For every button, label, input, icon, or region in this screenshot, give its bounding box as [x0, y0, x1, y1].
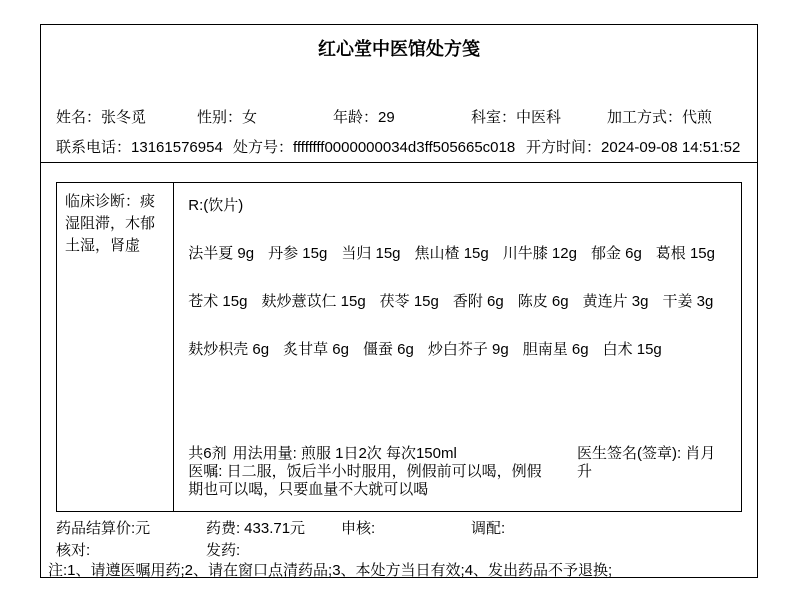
patient-name-label: 姓名： [56, 109, 101, 126]
contact-info-row: 联系电话：13161576954 处方号：ffffffff0000000034d… [41, 139, 757, 157]
footer-note: 注:1、请遵医嘱用药;2、请在窗口点清药品;3、本处方当日有效;4、发出药品不予… [41, 562, 757, 578]
check-row: 核对: 发药: [41, 542, 757, 559]
patient-department-label: 科室： [471, 109, 516, 126]
fee-field: 药费:433.71元 [206, 520, 341, 537]
drug-item: 麸炒薏苡仁 15g [261, 293, 365, 310]
patient-department-field: 科室：中医科 [471, 109, 607, 127]
doctor-instructions: 医嘱: 日二服，饭后半小时服用，例假前可以喝，例假期也可以喝，只要血量不大就可以… [188, 463, 554, 499]
drug-item: 丹参 15g [268, 245, 327, 262]
rx-number-label: 处方号： [233, 139, 293, 156]
processing-method-label: 加工方式： [607, 109, 682, 126]
drug-item: 僵蚕 6g [363, 341, 414, 358]
drug-line-3: 麸炒枳壳 6g炙甘草 6g僵蚕 6g炒白芥子 9g胆南星 6g白术 15g [188, 341, 729, 359]
usage-block: 共6剂用法用量: 煎服 1日2次 每次150ml 医嘱: 日二服，饭后半小时服用… [188, 445, 554, 499]
drug-item: 苍术 15g [188, 293, 247, 310]
drug-item: 麸炒枳壳 6g [188, 341, 269, 358]
issue-time-label: 开方时间： [526, 139, 601, 156]
prescription-sheet: 红心堂中医馆处方笺 姓名：张冬觅 性别：女 年龄：29 科室：中医科 加工方式：… [40, 24, 758, 578]
prescription-box: 临床诊断：痰湿阻滞，木郁土湿，肾虚 R:(饮片) 法半夏 9g丹参 15g当归 … [56, 182, 742, 512]
issue-time-field: 开方时间：2024-09-08 14:51:52 [526, 139, 740, 157]
usage-text: 用法用量: 煎服 1日2次 每次150ml [233, 445, 457, 462]
drug-item: 干姜 3g [662, 293, 713, 310]
processing-method-value: 代煎 [682, 109, 712, 126]
drug-item: 川牛膝 12g [503, 245, 577, 262]
drug-line-1: 法半夏 9g丹参 15g当归 15g焦山楂 15g川牛膝 12g郁金 6g葛根 … [188, 245, 729, 263]
drug-item: 郁金 6g [591, 245, 642, 262]
header-divider [41, 162, 757, 163]
prepare-field: 调配: [471, 520, 505, 537]
patient-age-value: 29 [378, 109, 395, 126]
rx-number-value: ffffffff0000000034d3ff505665c018 [293, 139, 515, 156]
phone-field: 联系电话：13161576954 [56, 139, 233, 157]
patient-age-field: 年龄：29 [333, 109, 471, 127]
check-field: 核对: [56, 542, 206, 559]
prescription-bottom-row: 共6剂用法用量: 煎服 1日2次 每次150ml 医嘱: 日二服，饭后半小时服用… [188, 445, 729, 499]
drug-item: 白术 15g [603, 341, 662, 358]
patient-name-value: 张冬觅 [101, 109, 146, 126]
drug-item: 胆南星 6g [523, 341, 589, 358]
fee-value: 433.71元 [244, 520, 305, 537]
drug-item: 当归 15g [341, 245, 400, 262]
drug-item: 葛根 15g [656, 245, 715, 262]
dose-count: 共6剂 [188, 445, 226, 462]
drug-item: 黄连片 3g [583, 293, 649, 310]
patient-department-value: 中医科 [516, 109, 561, 126]
patient-gender-value: 女 [242, 109, 257, 126]
settle-price-field: 药品结算价:元 [56, 520, 206, 537]
rx-number-field: 处方号：ffffffff0000000034d3ff505665c018 [233, 139, 526, 157]
sheet-title: 红心堂中医馆处方笺 [41, 39, 757, 59]
drug-item: 香附 6g [453, 293, 504, 310]
fee-label: 药费: [206, 520, 240, 537]
drug-item: 陈皮 6g [518, 293, 569, 310]
diagnosis-label: 临床诊断： [65, 193, 140, 210]
patient-name-field: 姓名：张冬觅 [56, 109, 197, 127]
patient-info-row: 姓名：张冬觅 性别：女 年龄：29 科室：中医科 加工方式：代煎 [41, 109, 757, 127]
drug-item: 焦山楂 15g [415, 245, 489, 262]
patient-age-label: 年龄： [333, 109, 378, 126]
drug-item: 炒白芥子 9g [428, 341, 509, 358]
prescription-content-cell: R:(饮片) 法半夏 9g丹参 15g当归 15g焦山楂 15g川牛膝 12g郁… [174, 183, 741, 511]
dispense-field: 发药: [206, 542, 341, 559]
clinical-diagnosis-cell: 临床诊断：痰湿阻滞，木郁土湿，肾虚 [57, 183, 174, 511]
rx-header: R:(饮片) [188, 197, 729, 215]
phone-value: 13161576954 [131, 139, 223, 156]
usage-line: 共6剂用法用量: 煎服 1日2次 每次150ml [188, 445, 554, 463]
drug-line-2: 苍术 15g麸炒薏苡仁 15g茯苓 15g香附 6g陈皮 6g黄连片 3g干姜 … [188, 293, 729, 311]
patient-gender-field: 性别：女 [197, 109, 333, 127]
processing-method-field: 加工方式：代煎 [607, 109, 712, 127]
drug-item: 炙甘草 6g [283, 341, 349, 358]
drug-item: 茯苓 15g [380, 293, 439, 310]
issue-time-value: 2024-09-08 14:51:52 [601, 139, 740, 156]
doctor-signature: 医生签名(签章): 肖月升 [577, 445, 729, 481]
patient-gender-label: 性别： [197, 109, 242, 126]
settlement-row: 药品结算价:元 药费:433.71元 申核: 调配: [41, 520, 757, 537]
phone-label: 联系电话： [56, 139, 131, 156]
drug-item: 法半夏 9g [188, 245, 254, 262]
review-field: 申核: [341, 520, 471, 537]
